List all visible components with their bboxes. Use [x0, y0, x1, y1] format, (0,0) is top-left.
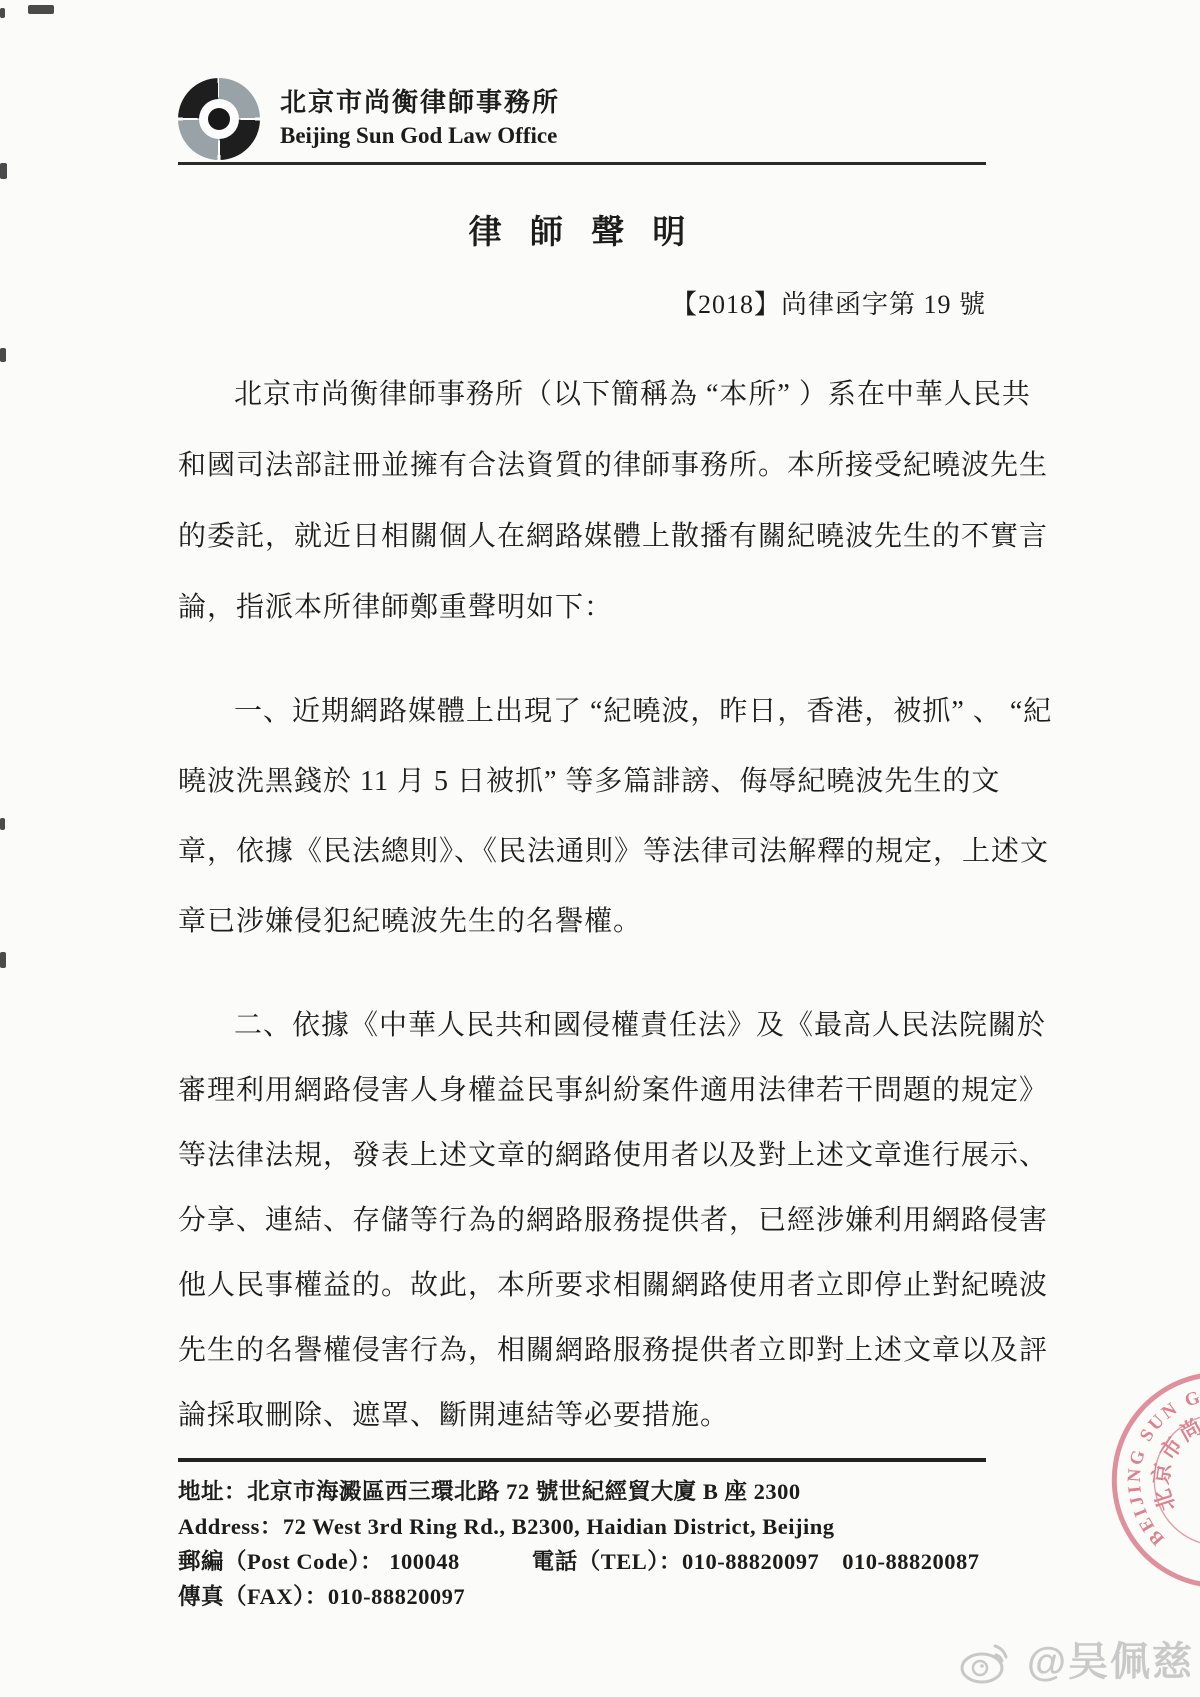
scan-artifact: [0, 348, 6, 362]
text-line: 二、依據《中華人民共和國侵權責任法》及《最高人民法院關於: [178, 993, 986, 1058]
law-firm-logo-icon: [178, 78, 260, 160]
text-line: 審理利用網路侵害人身權益民事糾紛案件適用法律若干問題的規定》: [178, 1058, 986, 1123]
text-line: 章已涉嫌侵犯紀曉波先生的名譽權。: [178, 887, 986, 957]
text-line: 論採取刪除、遮罩、斷開連結等必要措施。: [178, 1383, 986, 1448]
letterhead-divider: [178, 162, 986, 165]
statement-item-1: 一、近期網路媒體上出現了 “紀曉波，昨日，香港，被抓” 、 “紀 曉波洗黑錢於 …: [178, 677, 986, 957]
org-name-en: Beijing Sun God Law Office: [280, 120, 560, 152]
org-names: 北京市尚衡律師事務所 Beijing Sun God Law Office: [280, 86, 560, 152]
text-line: 論，指派本所律師鄭重聲明如下：: [178, 572, 986, 643]
post-code: 郵編（Post Code）： 100048: [178, 1544, 460, 1579]
scan-artifact: [0, 8, 5, 18]
weibo-watermark: @吴佩慈: [957, 1630, 1194, 1687]
letterhead: 北京市尚衡律師事務所 Beijing Sun God Law Office: [178, 78, 986, 160]
scan-artifact: [0, 818, 5, 830]
page-title: 律 師 聲 明: [178, 213, 986, 253]
seal-star-icon: ★: [1194, 1452, 1200, 1512]
scan-artifact: [28, 5, 54, 14]
scan-artifact: [0, 163, 7, 179]
text-line: 和國司法部註冊並擁有合法資質的律師事務所。本所接受紀曉波先生: [178, 430, 986, 501]
weibo-icon: [957, 1632, 1019, 1686]
text-line: 等法律法規，發表上述文章的網路使用者以及對上述文章進行展示、: [178, 1123, 986, 1188]
intro-paragraph: 北京市尚衡律師事務所（以下簡稱為 “本所” ）系在中華人民共 和國司法部註冊並擁…: [178, 359, 986, 643]
law-firm-seal: BEIJING SUN GOD LAW OFFICE 北京市尚衡律師事務所 ★: [1070, 1330, 1200, 1630]
address-zh: 地址：北京市海澱區西三環北路 72 號世紀經貿大廈 B 座 2300: [178, 1474, 986, 1509]
text-line: 曉波洗黑錢於 11 月 5 日被抓” 等多篇誹謗、侮辱紀曉波先生的文: [178, 747, 986, 817]
fax: 傳真（FAX）：010-88820097: [178, 1579, 986, 1614]
document-content: 北京市尚衡律師事務所 Beijing Sun God Law Office 律 …: [178, 0, 986, 1614]
scanned-lawyer-statement-document: 北京市尚衡律師事務所 Beijing Sun God Law Office 律 …: [0, 0, 1200, 1697]
address-en: Address：72 West 3rd Ring Rd., B2300, Hai…: [178, 1509, 986, 1544]
postcode-tel-row: 郵編（Post Code）： 100048 電話（TEL）：010-888200…: [178, 1544, 986, 1579]
text-line: 的委託，就近日相關個人在網路媒體上散播有關紀曉波先生的不實言: [178, 501, 986, 572]
statement-item-2: 二、依據《中華人民共和國侵權責任法》及《最高人民法院關於 審理利用網路侵害人身權…: [178, 993, 986, 1448]
text-line: 他人民事權益的。故此，本所要求相關網路使用者立即停止對紀曉波: [178, 1253, 986, 1318]
text-line: 北京市尚衡律師事務所（以下簡稱為 “本所” ）系在中華人民共: [178, 359, 986, 430]
document-number: 【2018】尚律函字第 19 號: [178, 287, 986, 323]
telephone: 電話（TEL）：010-88820097 010-88820087: [532, 1544, 980, 1579]
watermark-handle: @吴佩慈: [1027, 1630, 1194, 1687]
text-line: 一、近期網路媒體上出現了 “紀曉波，昨日，香港，被抓” 、 “紀: [178, 677, 986, 747]
text-line: 分享、連結、存儲等行為的網路服務提供者，已經涉嫌利用網路侵害: [178, 1188, 986, 1253]
text-line: 章，依據《民法總則》、《民法通則》等法律司法解釋的規定，上述文: [178, 817, 986, 887]
org-name-zh: 北京市尚衡律師事務所: [280, 86, 560, 120]
footer-contact-block: 地址：北京市海澱區西三環北路 72 號世紀經貿大廈 B 座 2300 Addre…: [178, 1458, 986, 1614]
scan-artifact: [0, 952, 6, 968]
text-line: 先生的名譽權侵害行為，相關網路服務提供者立即對上述文章以及評: [178, 1318, 986, 1383]
